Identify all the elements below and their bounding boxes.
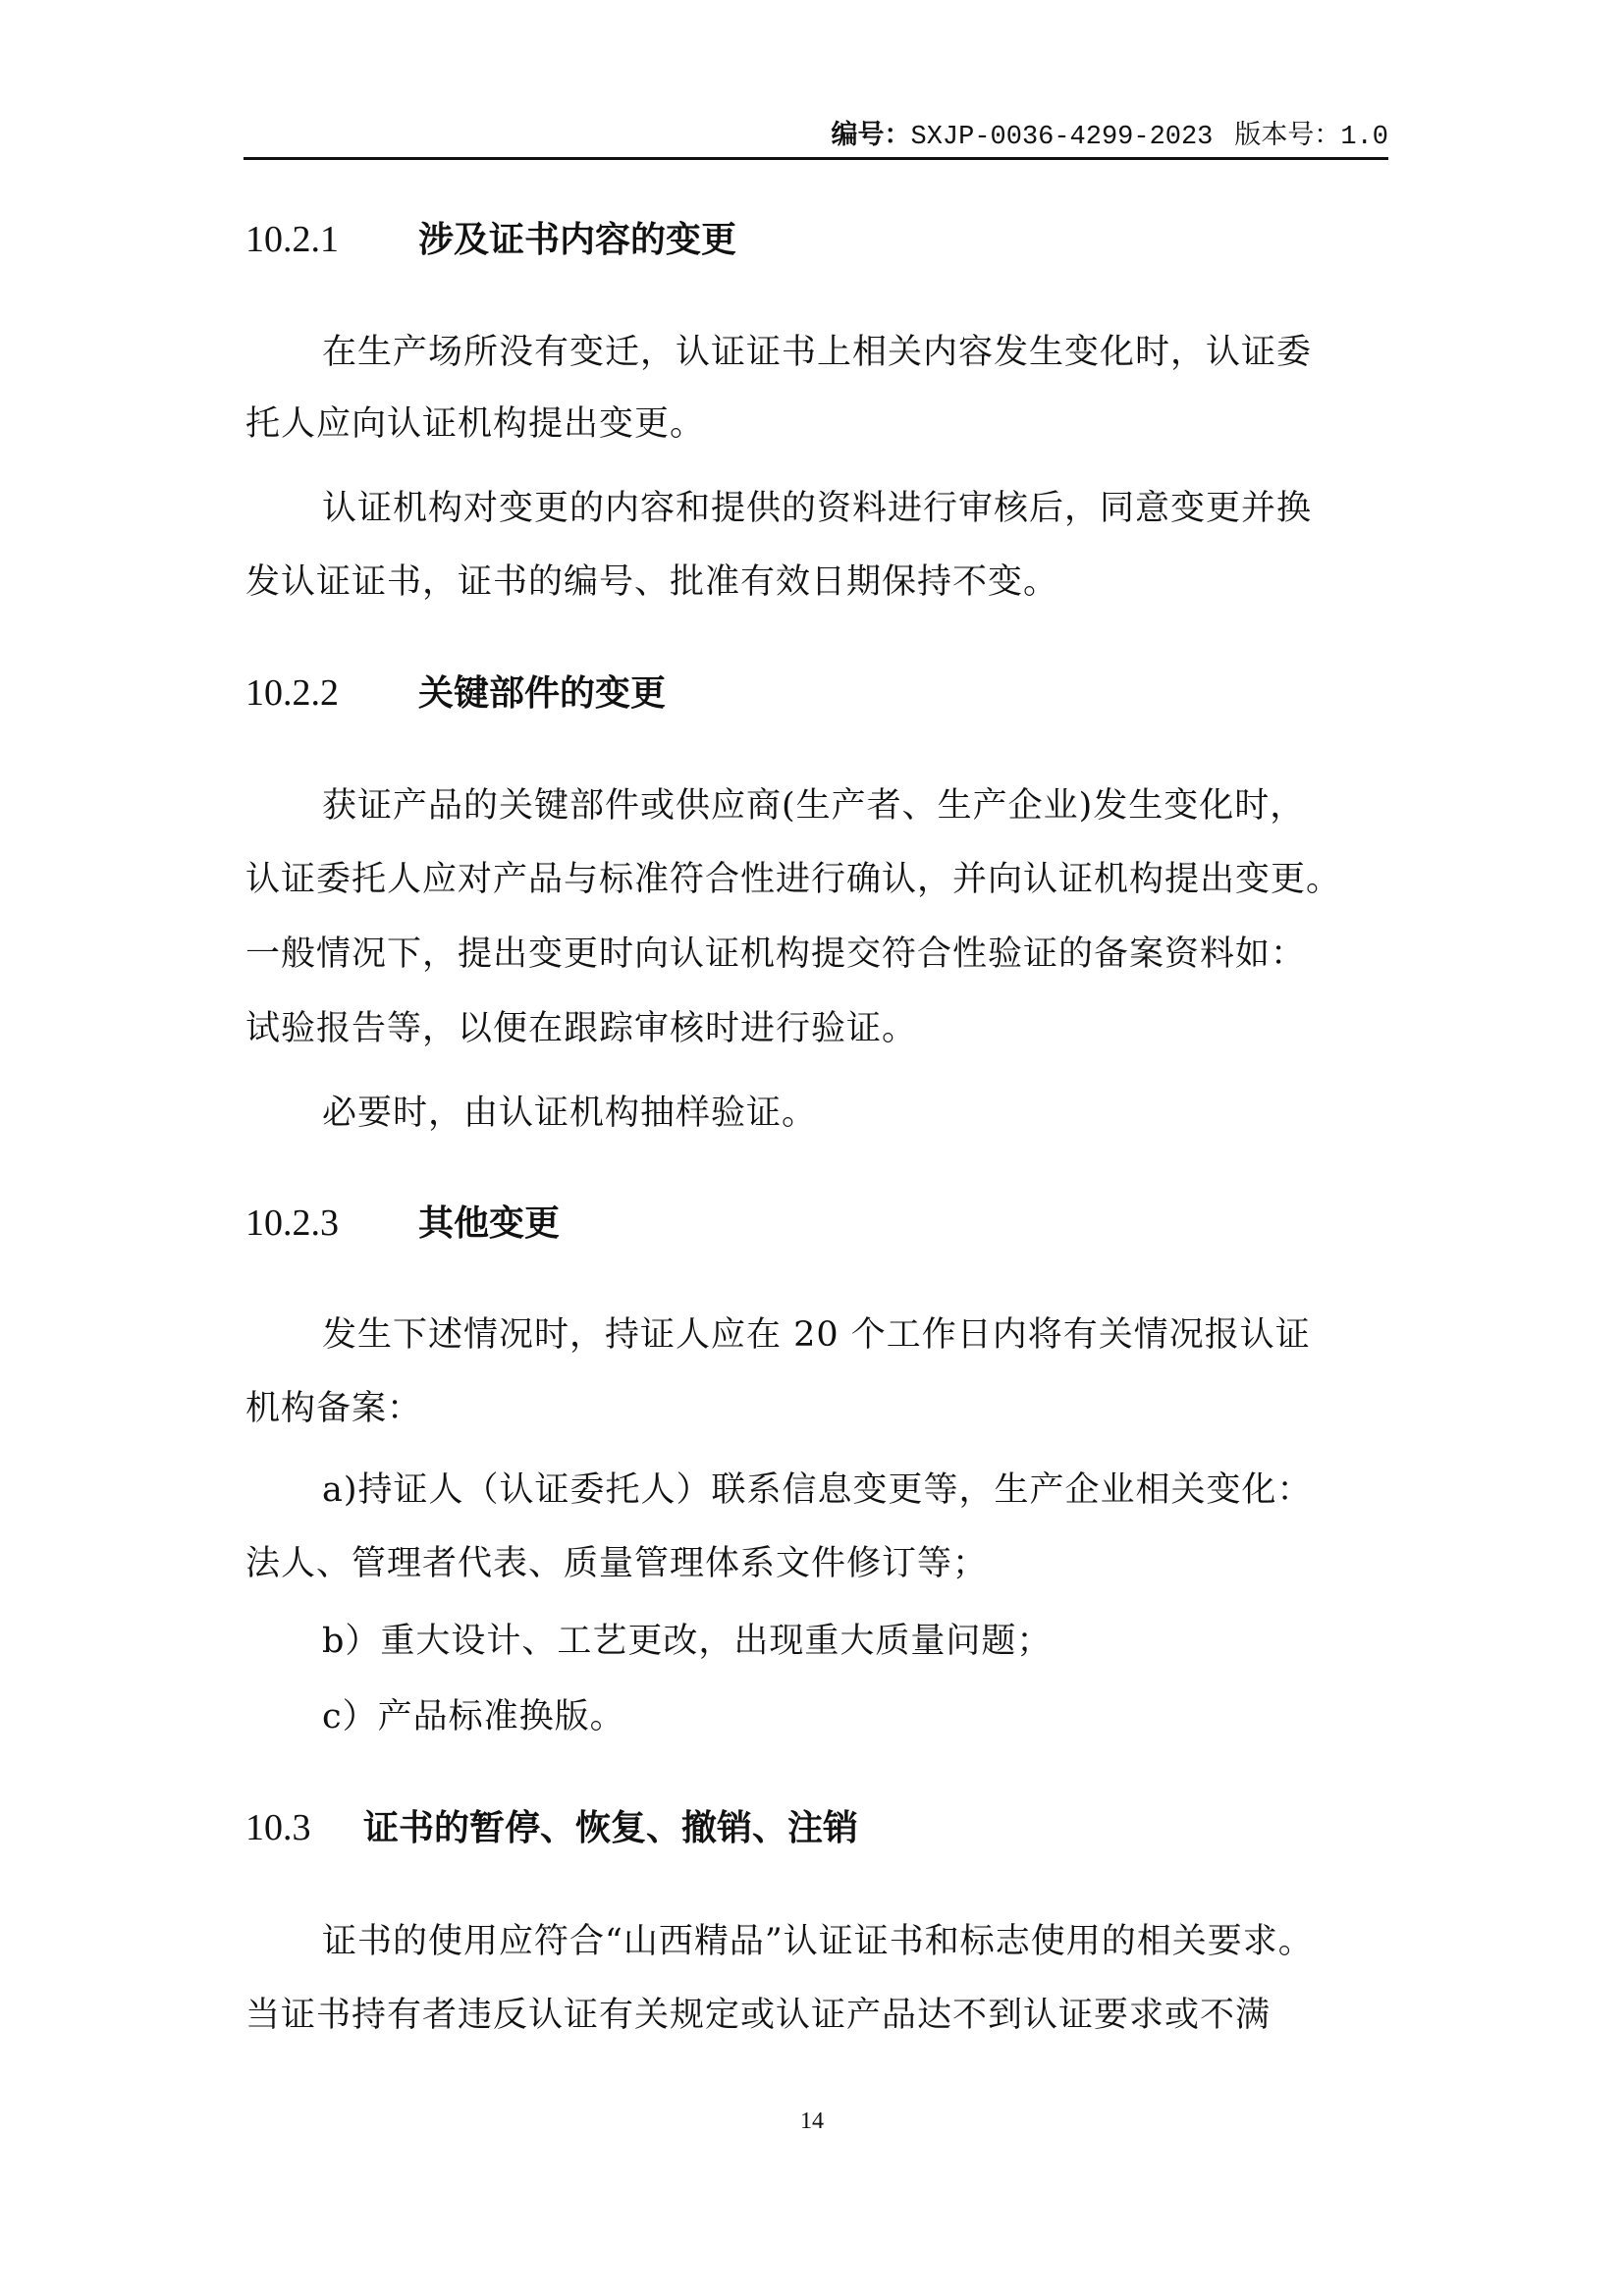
paragraph-line: 当证书持有者违反认证有关规定或认证产品达不到认证要求或不满 bbox=[245, 1994, 1388, 2037]
header-divider bbox=[244, 157, 1388, 160]
section-title: 涉及证书内容的变更 bbox=[418, 219, 736, 260]
paragraph-line: 获证产品的关键部件或供应商(生产者、生产企业)发生变化时， bbox=[245, 784, 1388, 828]
paragraph-line: 机构备案： bbox=[245, 1387, 1388, 1430]
page-number: 14 bbox=[0, 2109, 1624, 2135]
version-label: 版本号： bbox=[1234, 120, 1340, 150]
paragraph-line: 证书的使用应符合“山西精品”认证证书和标志使用的相关要求。 bbox=[245, 1920, 1388, 1963]
list-item-a-continued: 法人、管理者代表、质量管理体系文件修订等； bbox=[245, 1542, 1388, 1585]
paragraph-line: 一般情况下，提出变更时向认证机构提交符合性验证的备案资料如： bbox=[245, 933, 1388, 976]
paragraph-line: 发生下述情况时，持证人应在 20 个工作日内将有关情况报认证 bbox=[245, 1313, 1388, 1357]
section-heading-10-3: 10.3证书的暂停、恢复、撤销、注销 bbox=[245, 1806, 858, 1849]
paragraph-line: 试验报告等，以便在跟踪审核时进行验证。 bbox=[245, 1007, 1388, 1050]
list-item-c: c）产品标准换版。 bbox=[245, 1695, 1388, 1738]
section-title: 证书的暂停、恢复、撤销、注销 bbox=[363, 1807, 858, 1848]
paragraph-line: 在生产场所没有变迁，认证证书上相关内容发生变化时，认证委 bbox=[245, 331, 1388, 374]
version-number: 1.0 bbox=[1340, 123, 1388, 152]
list-item-a: a)持证人（认证委托人）联系信息变更等，生产企业相关变化： bbox=[245, 1468, 1388, 1512]
section-title: 关键部件的变更 bbox=[418, 672, 666, 714]
section-number: 10.3 bbox=[245, 1806, 363, 1849]
paragraph-line: 托人应向认证机构提出变更。 bbox=[245, 402, 1388, 446]
section-heading-10-2-2: 10.2.2关键部件的变更 bbox=[245, 671, 666, 715]
section-number: 10.2.2 bbox=[245, 671, 418, 715]
document-header: 编号：SXJP-0036-4299-2023版本号：1.0 bbox=[244, 116, 1388, 159]
section-heading-10-2-3: 10.2.3其他变更 bbox=[245, 1201, 560, 1245]
section-number: 10.2.3 bbox=[245, 1201, 418, 1245]
document-code: SXJP-0036-4299-2023 bbox=[911, 123, 1214, 152]
paragraph-line: 发认证证书，证书的编号、批准有效日期保持不变。 bbox=[245, 561, 1388, 604]
paragraph-line: 认证机构对变更的内容和提供的资料进行审核后，同意变更并换 bbox=[245, 487, 1388, 530]
section-number: 10.2.1 bbox=[245, 218, 418, 261]
section-heading-10-2-1: 10.2.1涉及证书内容的变更 bbox=[245, 218, 736, 261]
section-title: 其他变更 bbox=[418, 1202, 560, 1244]
paragraph-line: 认证委托人应对产品与标准符合性进行确认，并向认证机构提出变更。 bbox=[245, 858, 1388, 901]
list-item-b: b）重大设计、工艺更改，出现重大质量问题； bbox=[245, 1620, 1388, 1663]
document-code-label: 编号： bbox=[832, 120, 911, 150]
paragraph-line: 必要时，由认证机构抽样验证。 bbox=[245, 1092, 1388, 1135]
